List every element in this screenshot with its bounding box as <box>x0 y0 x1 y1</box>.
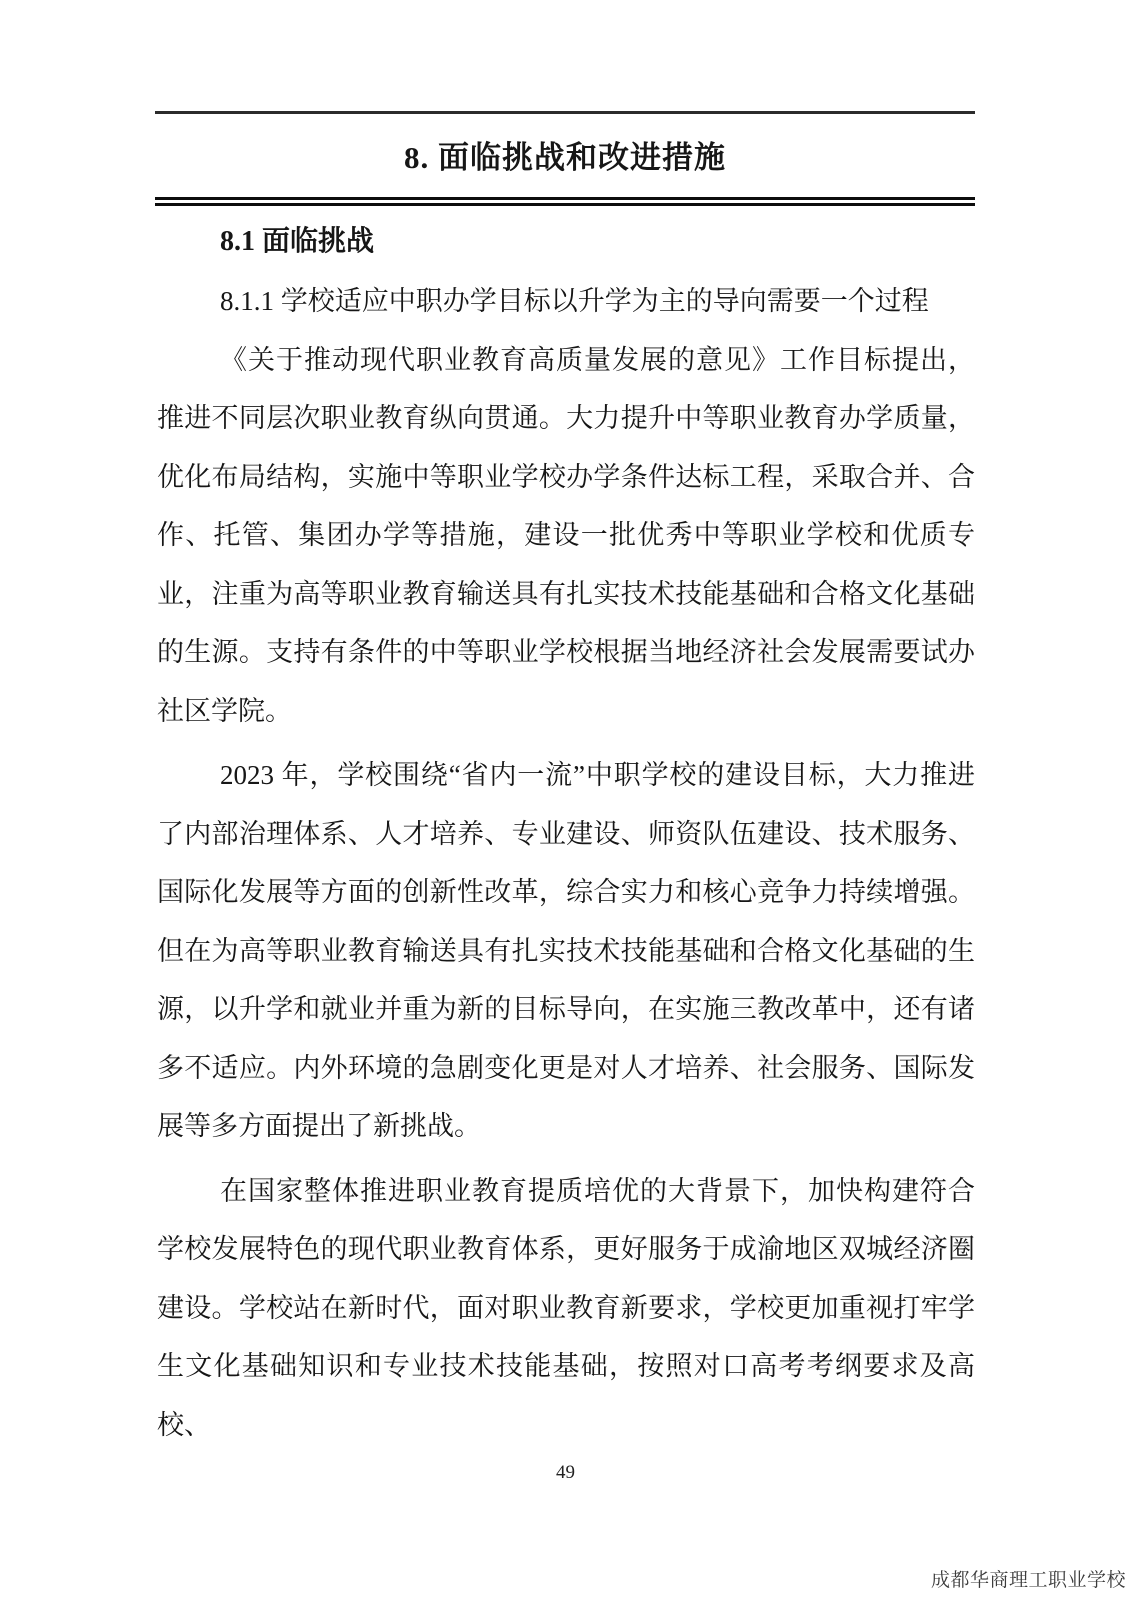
body-paragraph-1: 《关于推动现代职业教育高质量发展的意见》工作目标提出，推进不同层次职业教育纵向贯… <box>157 331 975 741</box>
subsection-heading: 8.1.1 学校适应中职办学目标以升学为主的导向需要一个过程 <box>157 272 975 331</box>
title-underline-rule <box>155 197 975 206</box>
page-title: 8. 面临挑战和改进措施 <box>155 134 975 182</box>
body-paragraph-3: 在国家整体推进职业教育提质培优的大背景下，加快构建符合学校发展特色的现代职业教育… <box>157 1162 975 1455</box>
body-paragraph-2: 2023 年，学校围绕“省内一流”中职学校的建设目标，大力推进了内部治理体系、人… <box>157 746 975 1156</box>
section-heading: 8.1 面临挑战 <box>220 222 374 262</box>
header-rule <box>155 111 975 114</box>
body-text-block: 8.1.1 学校适应中职办学目标以升学为主的导向需要一个过程 《关于推动现代职业… <box>157 272 975 1460</box>
page-number: 49 <box>556 1462 575 1483</box>
school-watermark: 成都华商理工职业学校 <box>931 1565 1126 1592</box>
document-page: 8. 面临挑战和改进措施 8.1 面临挑战 8.1.1 学校适应中职办学目标以升… <box>0 0 1131 1600</box>
page-footer: 49 <box>0 1462 1131 1484</box>
